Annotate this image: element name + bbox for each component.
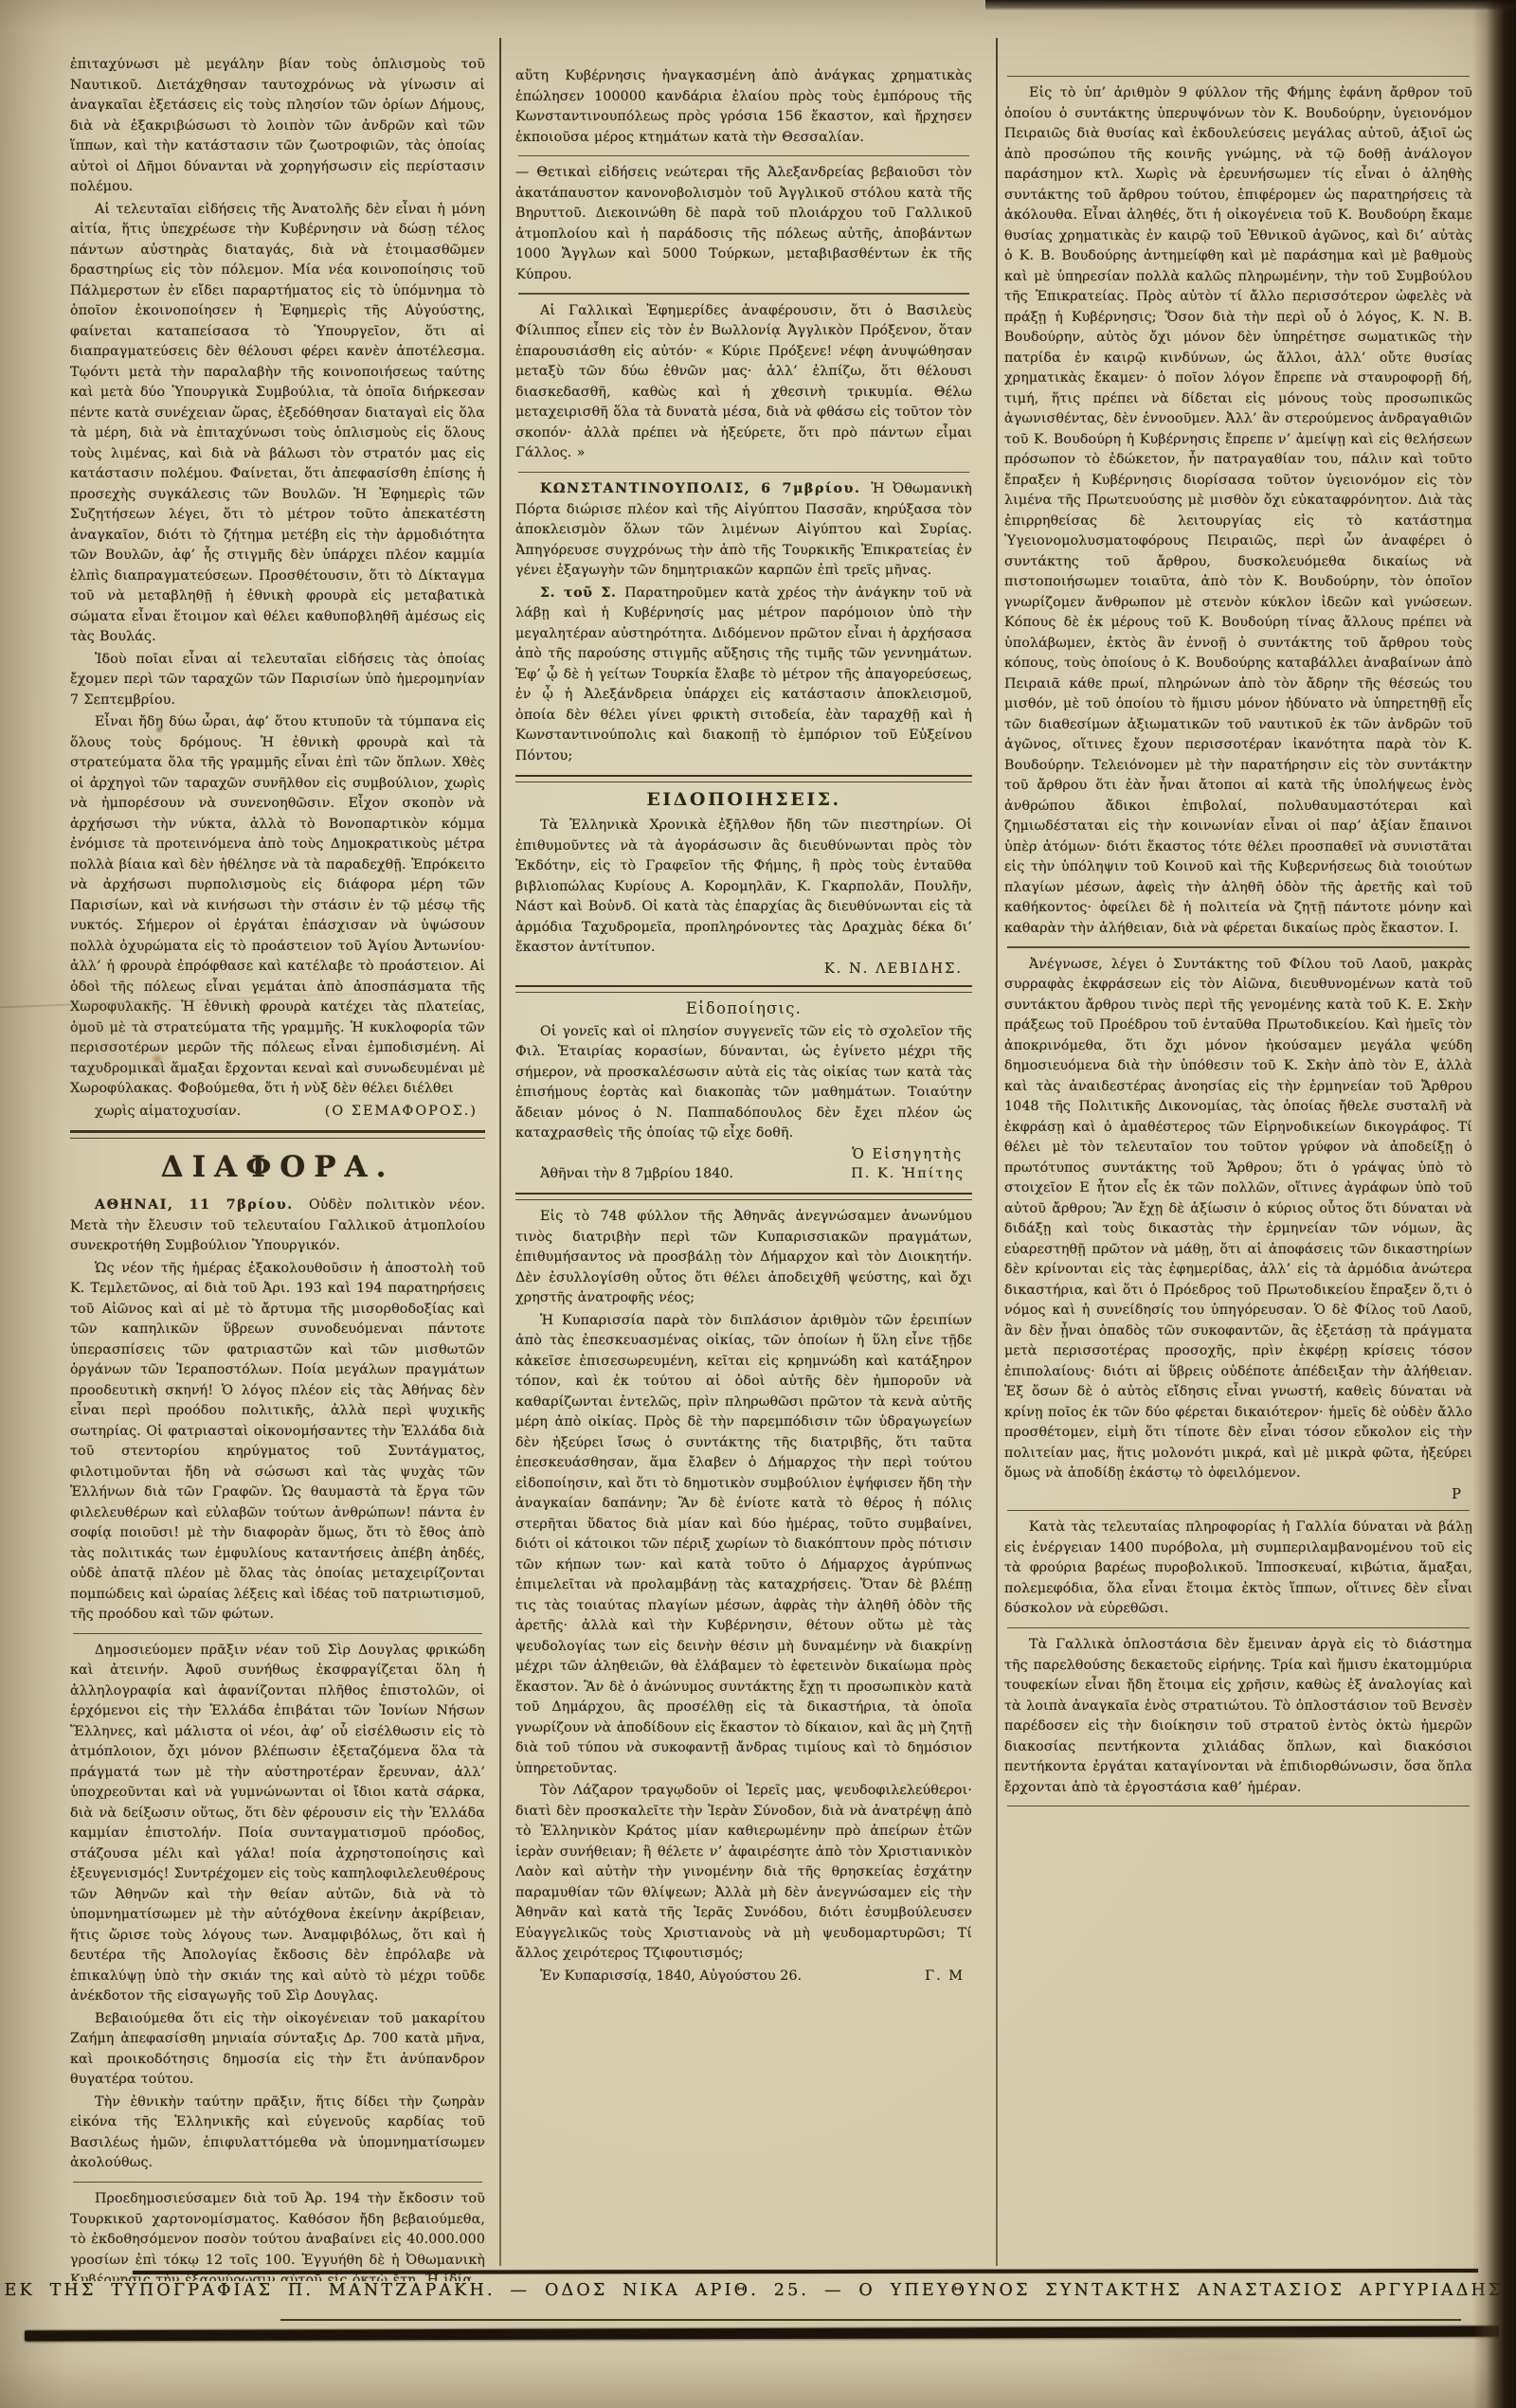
king-philippe-paragraph: Αἱ Γαλλικαὶ Ἐφημερίδες ἀναφέρουσιν, ὅτι … xyxy=(515,301,972,464)
column-divider-right xyxy=(996,38,998,2266)
article-separator xyxy=(518,155,969,156)
newspaper-page: ἐπιταχύνωσι μὲ μεγάλην βίαν τοὺς ὁπλισμο… xyxy=(0,0,1516,2408)
newspaper-column-2: αὕτη Κυβέρνησις ἠναγκασμένη ἀπὸ ἀνάγκας … xyxy=(515,44,972,2292)
article-separator xyxy=(1007,1627,1470,1628)
newspaper-column-1: ἐπιταχύνωσι μὲ μεγάλην βίαν τοὺς ὁπλισμο… xyxy=(70,44,485,2281)
column-divider-left xyxy=(499,38,501,2266)
rapporteur-title: Ὁ Εἰσηγητὴς xyxy=(515,1146,972,1162)
voudouris-paragraph: Εἰς τὸ ὑπ’ ἀριθμὸν 9 φύλλον τῆς Φήμης ἐφ… xyxy=(1004,83,1472,939)
article-separator xyxy=(1007,1806,1470,1806)
page-top-edge-shadow xyxy=(985,0,1516,10)
section-heading-notices: ΕΙΔΟΠΟΙΗΣΕΙΣ. xyxy=(515,789,972,810)
kyparissia-separator xyxy=(515,1193,972,1200)
notice-separator xyxy=(515,985,972,993)
article-separator xyxy=(73,2182,482,2183)
dateline-lead: Σ. τοῦ Σ. xyxy=(540,585,624,601)
news-paragraph-paris-riots: Εἶναι ἤδη δύω ὧραι, ἀφ’ ὅτου κτυποῦν τὰ … xyxy=(70,712,485,1100)
article-separator xyxy=(1007,946,1470,947)
levidis-signature: Κ. Ν. ΛΕΒΙΔΗΣ. xyxy=(515,961,972,977)
signature-row-left: Ἐν Κυπαρισσίᾳ, 1840, Αὐγούστου 26. xyxy=(540,1967,802,1987)
ipitis-signature-row: Ἀθῆναι τὴν 8 7μβρίου 1840.Π. Κ. Ἠπίτης xyxy=(515,1164,972,1185)
newspaper-column-3: Εἰς τὸ ὑπ’ ἀριθμὸν 9 φύλλον τῆς Φήμης ἐφ… xyxy=(1004,44,1472,2296)
semaphore-signature-row: χωρὶς αἱματοχυσίαν.(Ο ΣΕΜΑΦΟΡΟΣ.) xyxy=(70,1102,485,1123)
french-arsenals-paragraph: Τὰ Γαλλικὰ ὁπλοστάσια δὲν ἔμειναν ἀργὰ ε… xyxy=(1004,1635,1472,1798)
sir-douglas-paragraph: Δημοσιεύομεν πρᾶξιν νέαν τοῦ Σὶρ Δουγλας… xyxy=(70,1641,485,2007)
signature-row-right: Π. Κ. Ἠπίτης xyxy=(851,1164,965,1185)
footer-under-rule xyxy=(280,2319,1461,2321)
news-paragraph-armaments: ἐπιταχύνωσι μὲ μεγάλην βίαν τοὺς ὁπλισμο… xyxy=(70,55,485,198)
beirut-bombardment-paragraph: — Θετικαὶ εἰδήσεις νεώτεραι τῆς Ἀλεξανδρ… xyxy=(515,163,972,285)
notices-separator xyxy=(515,775,972,782)
dateline-lead: ΚΩΝΣΤΑΝΤΙΝΟΥΠΟΛΙΣ, 6 7μβρίου. xyxy=(540,481,871,496)
royal-act-paragraph: Τὴν ἐθνικὴν ταύτην πρᾶξιν, ἥτις δίδει τὴ… xyxy=(70,2093,485,2174)
article-separator xyxy=(1007,1510,1470,1511)
subheading-notice: Εἰδοποίησις. xyxy=(515,999,972,1017)
kyparissia-paragraph: Ἡ Κυπαρισσία παρὰ τὸν διπλάσιον ἀριθμὸν … xyxy=(515,1311,972,1780)
signature-row-right: (Ο ΣΕΜΑΦΟΡΟΣ.) xyxy=(325,1102,478,1123)
article-separator xyxy=(1007,76,1470,77)
athens-commentary-paragraph: Ὡς νέον τῆς ἡμέρας ἐξακολουθοῦσιν ἡ ἀποσ… xyxy=(70,1259,485,1626)
article-separator xyxy=(73,1633,482,1634)
athens-dateline-paragraph: ΑΘΗΝΑΙ, 11 7βρίου. Οὐδὲν πολιτικὸν νέον.… xyxy=(70,1195,485,1257)
kyparissia-signature-row: Ἐν Κυπαρισσίᾳ, 1840, Αὐγούστου 26.Γ. Μ xyxy=(515,1967,972,1987)
zaimis-pension-paragraph: Βεβαιούμεθα ὅτι εἰς τὴν οἰκογένειαν τοῦ … xyxy=(70,2009,485,2091)
article-separator xyxy=(518,472,969,473)
news-paragraph-paris-intro: Ἰδοὺ ποῖαι εἶναι αἱ τελευταῖαι εἰδήσεις … xyxy=(70,650,485,711)
diafora-separator xyxy=(70,1130,485,1139)
french-artillery-paragraph: Κατὰ τὰς τελευταίας πληροφορίας ἡ Γαλλία… xyxy=(1004,1518,1472,1620)
newspaper-columns: ἐπιταχύνωσι μὲ μεγάλην βίαν τοὺς ὁπλισμο… xyxy=(70,44,1472,2296)
filos-laou-paragraph: Ἀνέγνωσε, λέγει ὁ Συντάκτης τοῦ Φίλου το… xyxy=(1004,955,1472,1484)
news-paragraph-anatoli: Αἱ τελευταῖαι εἰδήσεις τῆς Ἀνατολῆς δὲν … xyxy=(70,200,485,648)
dateline-lead: ΑΘΗΝΑΙ, 11 7βρίου. xyxy=(95,1197,309,1213)
editor-note-paragraph: Σ. τοῦ Σ. Παρατηροῦμεν κατὰ χρέος τὴν ἀν… xyxy=(515,584,972,767)
lazaros-paragraph: Τὸν Λάζαρον τραγῳδοῦν οἱ Ἱερεῖς μας, ψευ… xyxy=(515,1781,972,1965)
signature-row-left: Ἀθῆναι τὴν 8 7μβρίου 1840. xyxy=(540,1164,733,1185)
turkish-banknote-paragraph: Προεδημοσιεύσαμεν διὰ τοῦ Ἀρ. 194 τὴν ἔκ… xyxy=(70,2189,485,2281)
section-heading-diafora: ΔΙΑΦΟΡΑ. xyxy=(70,1150,485,1184)
signature-row-left: χωρὶς αἱματοχυσίαν. xyxy=(95,1102,241,1123)
athina-748-paragraph: Εἰς τὸ 748 φύλλον τῆς Ἀθηνᾶς ἀνεγνώσαμεν… xyxy=(515,1207,972,1309)
footer-imprint: ΕΚ ΤΗΣ ΤΥΠΟΓΡΑΦΙΑΣ Π. ΜΑΝΤΖΑΡΑΚΗ. — ΟΔΟΣ… xyxy=(0,2281,1516,2300)
rho-signature: Ρ xyxy=(1004,1486,1472,1502)
oil-sale-paragraph: αὕτη Κυβέρνησις ἠναγκασμένη ἀπὸ ἀνάγκας … xyxy=(515,66,972,148)
page-right-edge-shadow xyxy=(1472,0,1516,2408)
hellenic-chronicles-notice: Τὰ Ἑλληνικὰ Χρονικὰ ἐξῆλθον ἤδη τῶν πιεσ… xyxy=(515,816,972,959)
constantinople-dateline-paragraph: ΚΩΝΣΤΑΝΤΙΝΟΥΠΟΛΙΣ, 6 7μβρίου. Ἡ Ὀθωμανικ… xyxy=(515,479,972,582)
school-notice-paragraph: Οἱ γονεῖς καὶ οἱ πλησίον συγγενεῖς τῶν ε… xyxy=(515,1022,972,1144)
article-separator xyxy=(518,293,969,294)
signature-row-right: Γ. Μ xyxy=(925,1967,965,1987)
footer-thick-bar xyxy=(25,2327,1499,2342)
